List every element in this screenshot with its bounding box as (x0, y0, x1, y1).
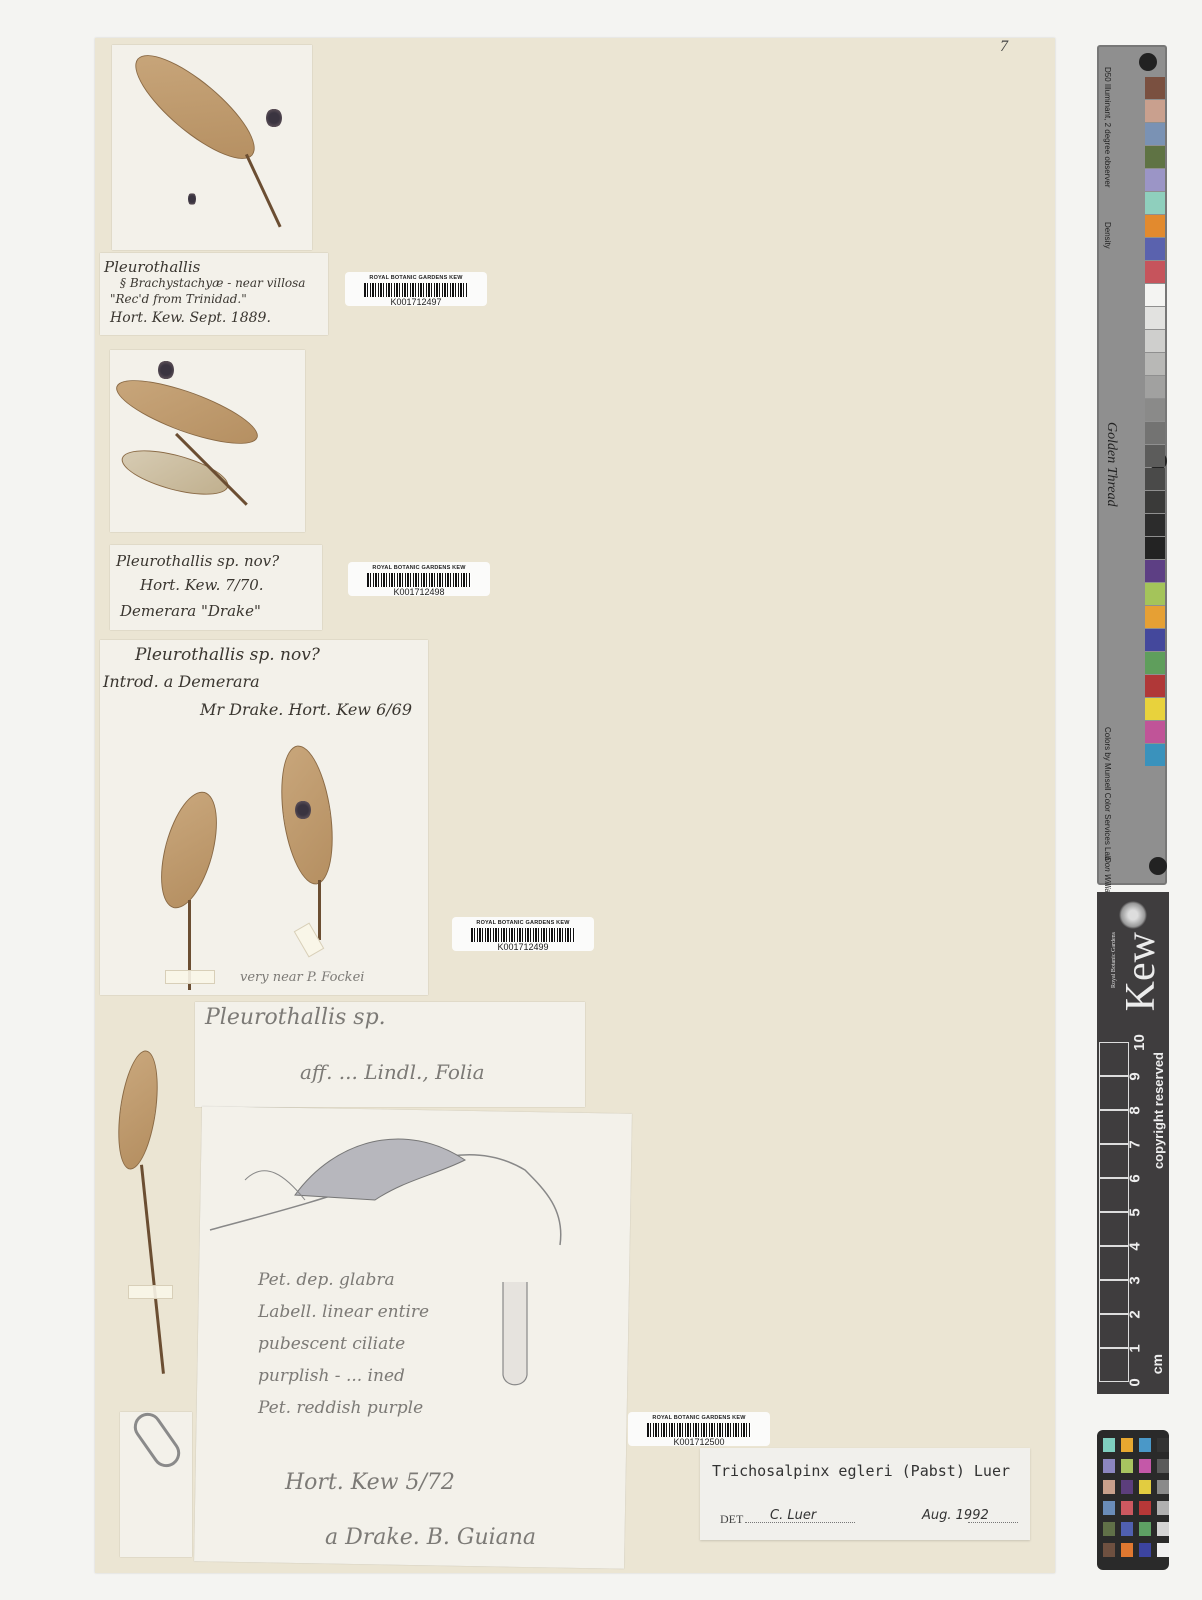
specimen-paper-3 (100, 640, 428, 995)
label-3-line: Pleurothallis sp. nov? (135, 645, 320, 665)
det-prefix: DET (720, 1512, 743, 1527)
ruler-tick-label: 9 (1127, 1072, 1144, 1080)
color-patch (1145, 445, 1165, 467)
ruler-segment (1099, 1212, 1129, 1246)
color-patch (1145, 698, 1165, 720)
ruler-segment (1099, 1042, 1129, 1076)
color-patch (1145, 238, 1165, 260)
checker-swatch (1157, 1438, 1169, 1452)
punch-hole (1149, 857, 1167, 875)
stem (318, 880, 321, 940)
royal-crest-icon (1117, 898, 1149, 932)
checker-swatch (1121, 1459, 1133, 1473)
color-patch (1145, 146, 1165, 168)
flower (188, 192, 196, 206)
checker-swatch (1139, 1480, 1151, 1494)
color-patch (1145, 169, 1165, 191)
ruler-segment (1099, 1178, 1129, 1212)
label-5-line: Pleurothallis sp. (205, 1005, 386, 1030)
checker-swatch (1157, 1543, 1169, 1557)
ruler-segment (1099, 1314, 1129, 1348)
barcode-org: ROYAL BOTANIC GARDENS KEW (628, 1415, 770, 1421)
checker-swatch (1103, 1438, 1115, 1452)
taxon-name: Trichosalpinx egleri (Pabst) Luer (712, 1462, 1010, 1480)
ruler-segment (1099, 1348, 1129, 1382)
label-3-line: Introd. a Demerara (103, 672, 260, 691)
color-patch (1145, 284, 1165, 306)
sketch-note-line: purplish - ... ined (258, 1366, 405, 1386)
density-label: Density (1103, 222, 1112, 249)
checker-swatch (1139, 1522, 1151, 1536)
checker-swatch (1103, 1480, 1115, 1494)
color-patches (1145, 77, 1165, 767)
checker-swatch (1121, 1480, 1133, 1494)
barcode-label: ROYAL BOTANIC GARDENS KEW K001712499 (452, 917, 594, 951)
unit-label: cm (1149, 1354, 1165, 1374)
ruler-segment (1099, 1110, 1129, 1144)
ruler-tick-label: 4 (1127, 1242, 1144, 1250)
barcode-number: K001712500 (628, 1437, 770, 1447)
color-patch (1145, 422, 1165, 444)
determiner-name: C. Luer (770, 1508, 816, 1523)
label-2-line: Demerara "Drake" (120, 602, 261, 620)
barcode-org: ROYAL BOTANIC GARDENS KEW (452, 920, 594, 926)
checker-swatch (1103, 1522, 1115, 1536)
sketch-note-line: Pet. reddish purple (258, 1398, 423, 1418)
ruler-tick-label: 2 (1127, 1310, 1144, 1318)
color-patch (1145, 123, 1165, 145)
ruler-segment (1099, 1076, 1129, 1110)
checker-swatch (1139, 1438, 1151, 1452)
color-patch (1145, 215, 1165, 237)
checker-swatch (1121, 1438, 1133, 1452)
color-patch (1145, 583, 1165, 605)
color-patch (1145, 537, 1165, 559)
ruler-tick-label: 1 (1127, 1344, 1144, 1352)
tape-strip (165, 970, 215, 984)
specimen-paper-2 (110, 350, 305, 532)
barcode-label: ROYAL BOTANIC GARDENS KEW K001712497 (345, 272, 487, 306)
label-4-line: very near P. Fockei (240, 970, 364, 985)
checker-swatch (1139, 1543, 1151, 1557)
tape-strip (128, 1285, 173, 1299)
ruler-tick-label: 3 (1127, 1276, 1144, 1284)
determination-label: Trichosalpinx egleri (Pabst) Luer DET C.… (700, 1448, 1030, 1540)
ruler-tick-label: 10 (1131, 1034, 1148, 1051)
calibration-caption-top: D50 Illuminant, 2 degree observer (1103, 67, 1112, 188)
punch-hole (1139, 53, 1157, 71)
color-patch (1145, 330, 1165, 352)
ruler-tick-label: 0 (1127, 1378, 1144, 1386)
sheet-number: 7 (1000, 38, 1008, 56)
label-2-line: Pleurothallis sp. nov? (116, 552, 279, 570)
color-patch (1145, 192, 1165, 214)
barcode-org: ROYAL BOTANIC GARDENS KEW (345, 275, 487, 281)
ruler-tick-label: 6 (1127, 1174, 1144, 1182)
color-patch (1145, 721, 1165, 743)
flower (266, 108, 282, 128)
ruler-numbers: 012345678910 (1131, 1042, 1147, 1392)
barcode-number: K001712499 (452, 942, 594, 952)
petal-sketch (495, 1280, 535, 1390)
checker-swatch (1157, 1501, 1169, 1515)
ruler-segment (1099, 1280, 1129, 1314)
color-patch (1145, 376, 1165, 398)
cm-ruler (1099, 1042, 1129, 1392)
label-5-line: aff. ... Lindl., Folia (300, 1060, 485, 1084)
barcode-label: ROYAL BOTANIC GARDENS KEW K001712498 (348, 562, 490, 596)
color-patch (1145, 629, 1165, 651)
checker-swatch (1103, 1501, 1115, 1515)
checker-swatch (1157, 1522, 1169, 1536)
sketch-note-line: a Drake. B. Guiana (325, 1525, 536, 1550)
barcode-bars (364, 283, 468, 297)
color-patch (1145, 353, 1165, 375)
flower (158, 360, 174, 380)
color-patch (1145, 652, 1165, 674)
sketch-note-line: Labell. linear entire (258, 1302, 429, 1322)
color-patch (1145, 675, 1165, 697)
barcode-label: ROYAL BOTANIC GARDENS KEW K001712500 (628, 1412, 770, 1446)
label-1-line: "Rec'd from Trinidad." (110, 292, 247, 306)
label-3-line: Mr Drake. Hort. Kew 6/69 (200, 700, 412, 719)
barcode-number: K001712497 (345, 297, 487, 307)
calibration-caption-bottom: Colors by Munsell Color Services Lab (1103, 727, 1112, 860)
color-patch (1145, 399, 1165, 421)
ruler-segment (1099, 1246, 1129, 1280)
checker-swatch (1121, 1522, 1133, 1536)
color-patch (1145, 261, 1165, 283)
checker-swatch (1139, 1501, 1151, 1515)
color-patch (1145, 560, 1165, 582)
flower (295, 800, 311, 820)
sketch-note-line: pubescent ciliate (258, 1334, 405, 1354)
sketch-note-line: Pet. dep. glabra (258, 1270, 395, 1290)
label-1-line: Hort. Kew. Sept. 1889. (110, 310, 271, 326)
checker-swatch (1157, 1480, 1169, 1494)
kew-subtitle: Royal Botanic Gardens (1111, 932, 1117, 988)
color-patch (1145, 468, 1165, 490)
barcode-number: K001712498 (348, 587, 490, 597)
color-patch (1145, 744, 1165, 766)
color-checker-card (1097, 1430, 1169, 1570)
sketch-note-line: Hort. Kew 5/72 (285, 1470, 455, 1495)
barcode-org: ROYAL BOTANIC GARDENS KEW (348, 565, 490, 571)
color-patch (1145, 514, 1165, 536)
kew-scale-bar: Kew Royal Botanic Gardens 012345678910 c… (1097, 892, 1169, 1394)
checker-swatch (1139, 1459, 1151, 1473)
color-patch (1145, 307, 1165, 329)
checker-swatch (1157, 1459, 1169, 1473)
barcode-bars (471, 928, 575, 942)
color-patch (1145, 100, 1165, 122)
label-1-line: § Brachystachyæ - near villosa (120, 276, 305, 290)
determination-date: Aug. 1992 (922, 1508, 989, 1523)
ruler-tick-label: 5 (1127, 1208, 1144, 1216)
ruler-tick-label: 8 (1127, 1106, 1144, 1114)
label-2-line: Hort. Kew. 7/70. (140, 576, 264, 594)
checker-swatch (1121, 1543, 1133, 1557)
kew-logo: Kew (1117, 932, 1165, 1011)
copyright-text: copyright reserved (1151, 1052, 1166, 1169)
checker-swatch (1121, 1501, 1133, 1515)
color-patch (1145, 77, 1165, 99)
ruler-tick-label: 7 (1127, 1140, 1144, 1148)
brand-script: Golden Thread (1103, 422, 1119, 507)
checker-swatch (1103, 1543, 1115, 1557)
color-patch (1145, 491, 1165, 513)
ruler-segment (1099, 1144, 1129, 1178)
color-calibration-strip: D50 Illuminant, 2 degree observer Densit… (1097, 45, 1167, 885)
barcode-bars (367, 573, 471, 587)
checker-swatch (1103, 1459, 1115, 1473)
pencil-sketch (205, 1120, 585, 1250)
barcode-bars (647, 1423, 751, 1437)
label-1-line: Pleurothallis (104, 258, 200, 276)
color-patch (1145, 606, 1165, 628)
